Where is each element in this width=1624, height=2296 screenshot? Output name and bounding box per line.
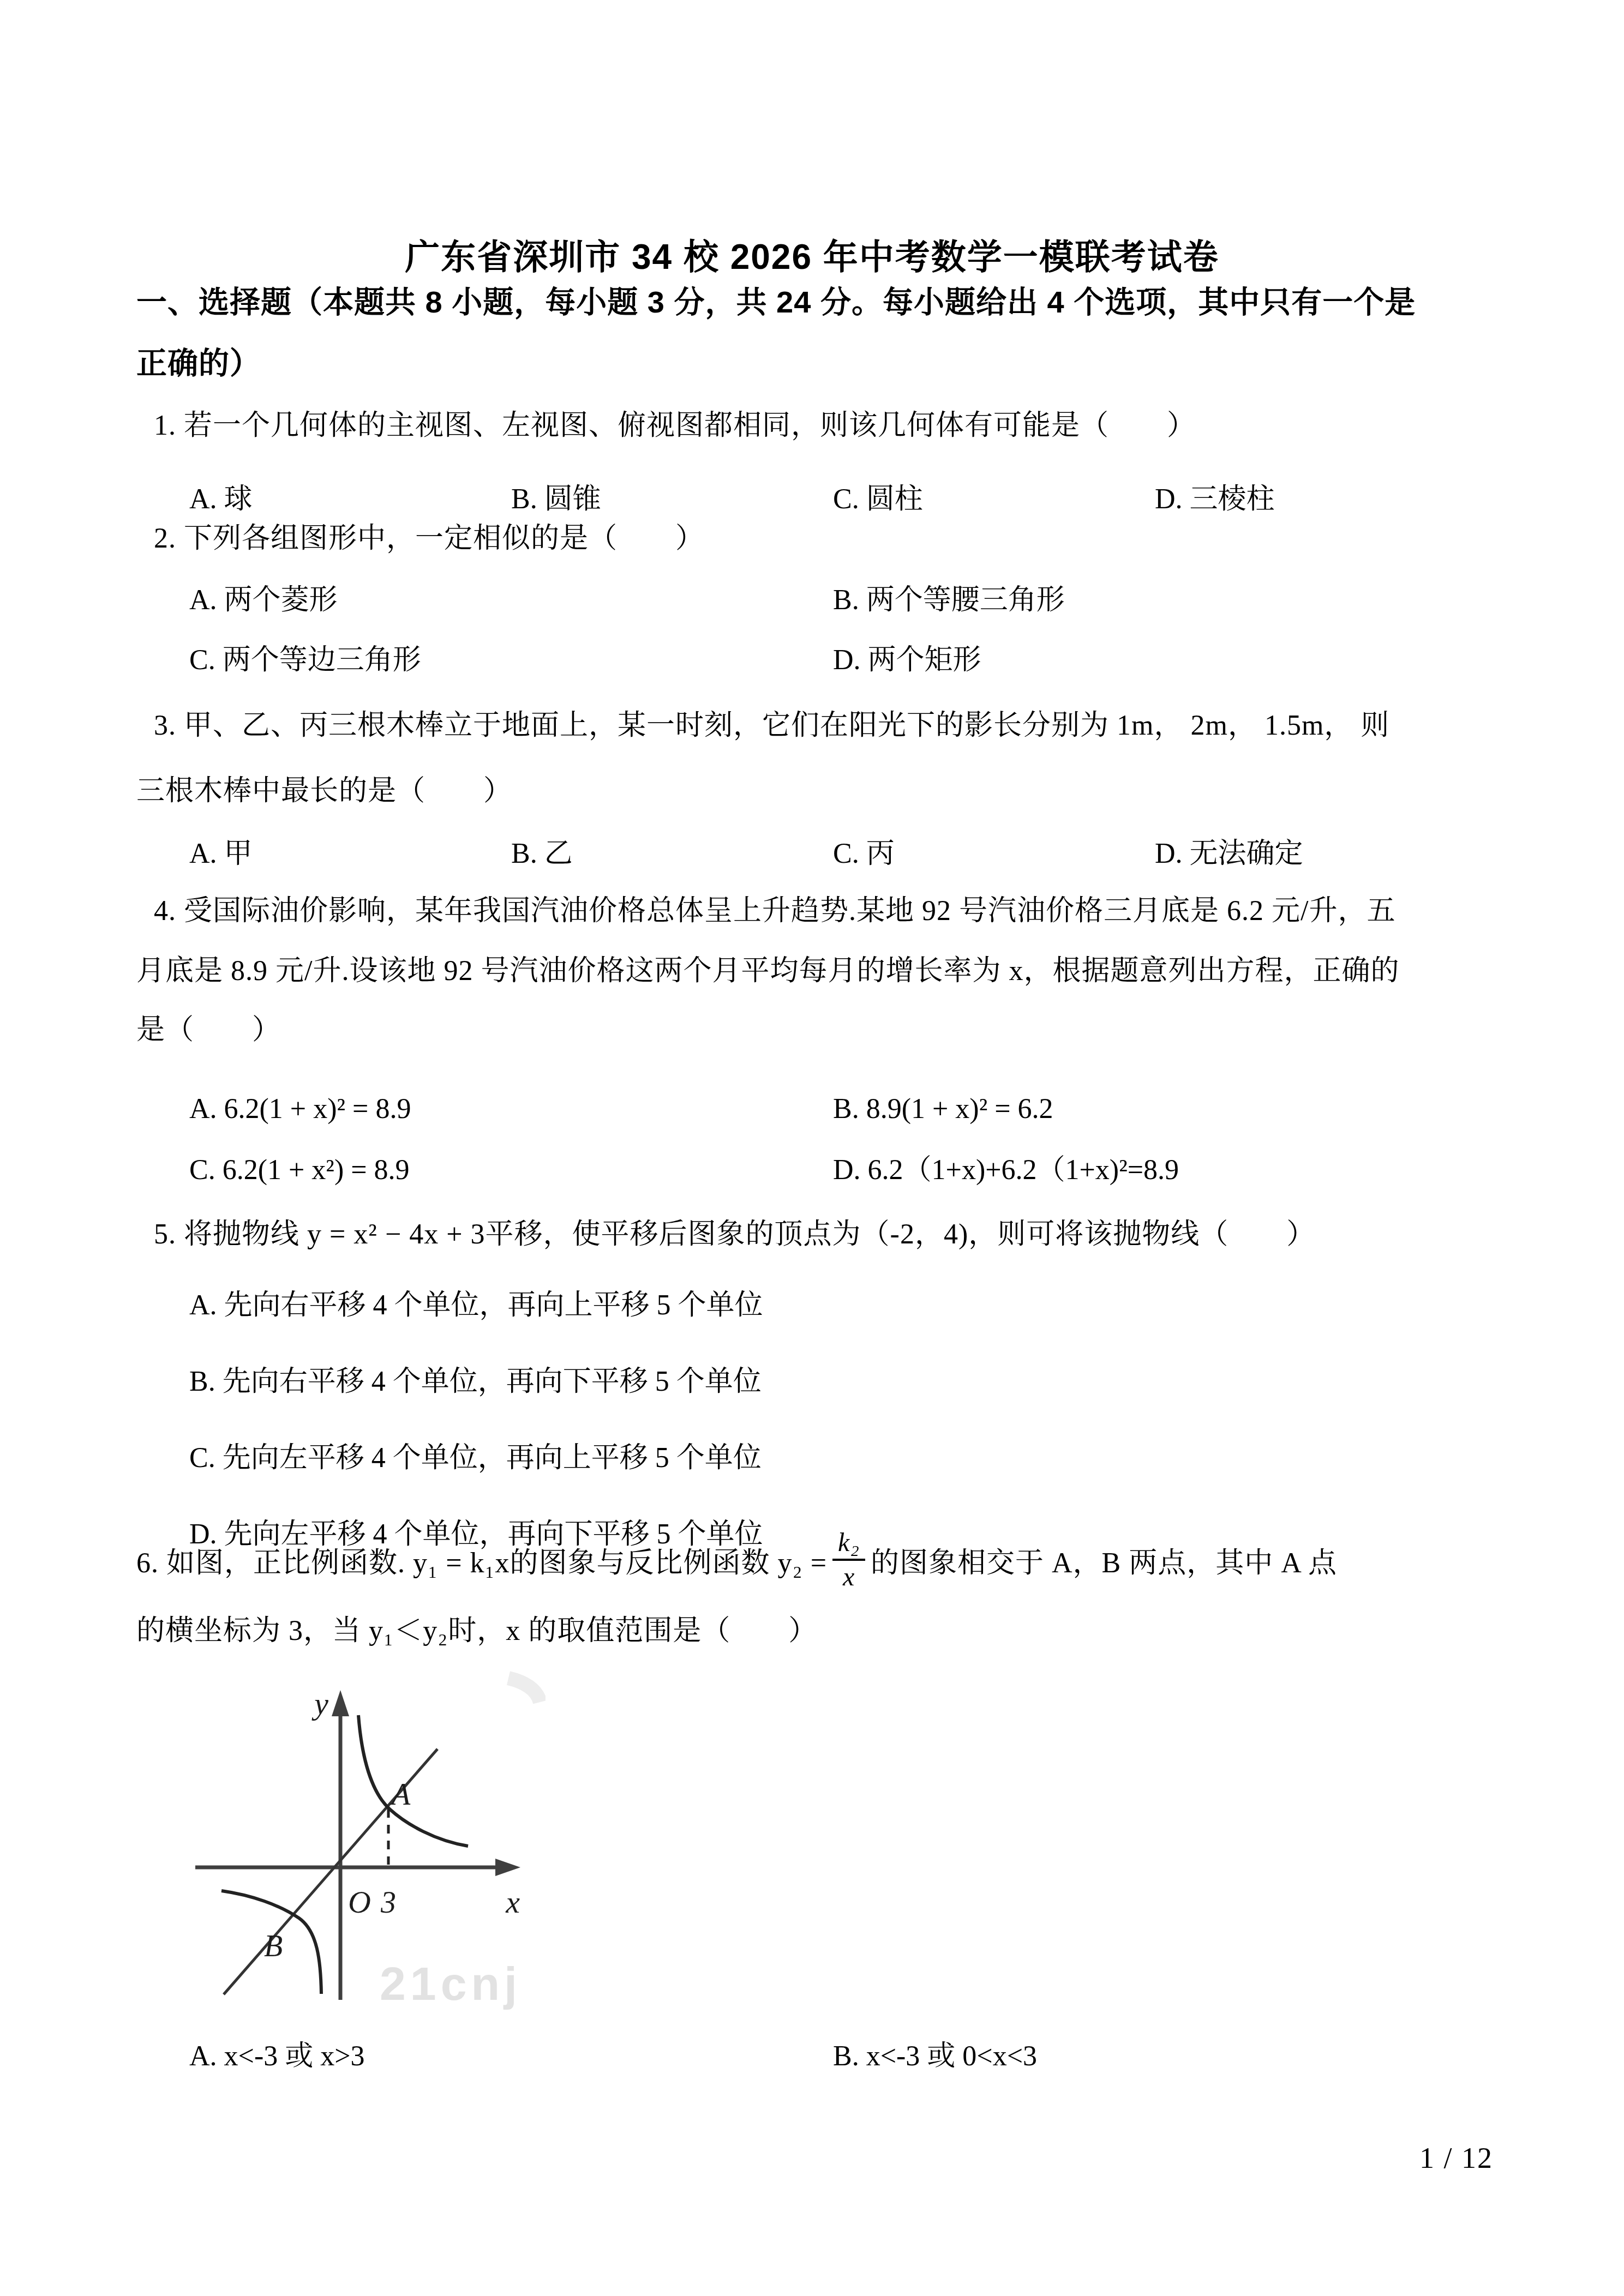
q2-option-b: B. 两个等腰三角形 [833,571,1477,630]
hyperbola-branch-q1 [358,1715,468,1846]
question-4-options-row1: A. 6.2(1 + x)² = 8.9 B. 8.9(1 + x)² = 6.… [189,1080,1509,1139]
y-axis-label: y [311,1686,328,1721]
q2-option-a: A. 两个菱形 [189,571,833,630]
q6-fraction-numerator: k₂ [832,1528,865,1561]
watermark-smudge [508,1678,540,1702]
section-heading-line2: 正确的） [136,333,1511,394]
question-2-options-row2: C. 两个等边三角形 D. 两个矩形 [189,631,1509,690]
question-6-options: A. x<-3 或 x>3 B. x<-3 或 0<x<3 [189,2027,1509,2086]
q3-option-a: A. 甲 [189,825,511,883]
x-axis-arrow [495,1859,520,1876]
point-b-label: B [264,1930,283,1963]
x-axis-label: x [505,1884,520,1920]
q5-option-a: A. 先向右平移 4 个单位，再向上平移 5 个单位 [189,1276,1499,1335]
q6-fraction-denominator: x [832,1561,865,1592]
question-3-stem-line1: 3. 甲、乙、丙三根木棒立于地面上，某一时刻，它们在阳光下的影长分别为 1m， … [136,696,1511,755]
q4-option-c: C. 6.2(1 + x²) = 8.9 [189,1141,833,1200]
exam-page: 广东省深圳市 34 校 2026 年中考数学一模联考试卷 一、选择题（本题共 8… [0,0,1624,2296]
section-heading-line1: 一、选择题（本题共 8 小题，每小题 3 分，共 24 分。每小题给出 4 个选… [136,272,1511,333]
q2-option-c: C. 两个等边三角形 [189,631,833,690]
q5-option-b: B. 先向右平移 4 个单位，再向下平移 5 个单位 [189,1353,1499,1411]
q6-option-a: A. x<-3 或 x>3 [189,2027,833,2086]
q4-option-b: B. 8.9(1 + x)² = 6.2 [833,1080,1477,1139]
q4-option-a: A. 6.2(1 + x)² = 8.9 [189,1080,833,1139]
question-3-options: A. 甲 B. 乙 C. 丙 D. 无法确定 [189,825,1509,883]
point-a-label: A [389,1778,411,1812]
origin-label: O [348,1884,371,1920]
question-2-options-row1: A. 两个菱形 B. 两个等腰三角形 [189,571,1509,630]
question-3-stem-line2: 三根木棒中最长的是（ ） [136,762,1511,821]
q6-option-b: B. x<-3 或 0<x<3 [833,2027,1477,2086]
page-number: 1 / 12 [1419,2129,1493,2187]
q2-option-d: D. 两个矩形 [833,631,1477,690]
question-4-stem-line2: 月底是 8.9 元/升.设该地 92 号汽油价格这两个月平均每月的增长率为 x，… [136,942,1511,1001]
question-4-options-row2: C. 6.2(1 + x²) = 8.9 D. 6.2（1+x)+6.2（1+x… [189,1141,1509,1200]
x-tick-3: 3 [380,1886,396,1920]
question-6-stem-line2: 的横坐标为 3，当 y₁＜y₂时，x 的取值范围是（ ） [136,1602,1511,1661]
question-1-stem: 1. 若一个几何体的主视图、左视图、俯视图都相同，则该几何体有可能是（ ） [136,396,1511,455]
section-heading: 一、选择题（本题共 8 小题，每小题 3 分，共 24 分。每小题给出 4 个选… [136,272,1511,394]
q3-option-b: B. 乙 [511,825,833,883]
q4-option-d: D. 6.2（1+x)+6.2（1+x)²=8.9 [833,1141,1477,1200]
q6-function-graph: 21cnj y x O 3 A B [185,1666,546,2018]
watermark-text: 21cnj [380,1958,522,2010]
q3-option-d: D. 无法确定 [1155,825,1477,883]
q5-option-c: C. 先向左平移 4 个单位，再向上平移 5 个单位 [189,1429,1499,1488]
q6-stem-part2: 的图象相交于 A，B 两点，其中 A 点 [871,1540,1337,1580]
question-4-stem-line3: 是（ ） [136,1001,1511,1060]
q3-option-c: C. 丙 [833,825,1155,883]
question-6-stem-line1: 6. 如图，正比例函数. y₁ = k₁x的图象与反比例函数 y₂ = k₂ x… [136,1522,1555,1598]
question-2-stem: 2. 下列各组图形中，一定相似的是（ ） [136,509,1511,568]
question-5-stem: 5. 将抛物线 y = x² − 4x + 3平移，使平移后图象的顶点为（-2，… [136,1205,1511,1264]
question-5-options: A. 先向右平移 4 个单位，再向上平移 5 个单位 B. 先向右平移 4 个单… [189,1276,1499,1564]
y-axis-arrow [332,1690,349,1716]
q6-stem-part1: 6. 如图，正比例函数. y₁ = k₁x的图象与反比例函数 y₂ = [136,1540,827,1580]
question-4-stem-line1: 4. 受国际油价影响，某年我国汽油价格总体呈上升趋势.某地 92 号汽油价格三月… [136,882,1511,941]
q6-fraction: k₂ x [832,1528,865,1592]
